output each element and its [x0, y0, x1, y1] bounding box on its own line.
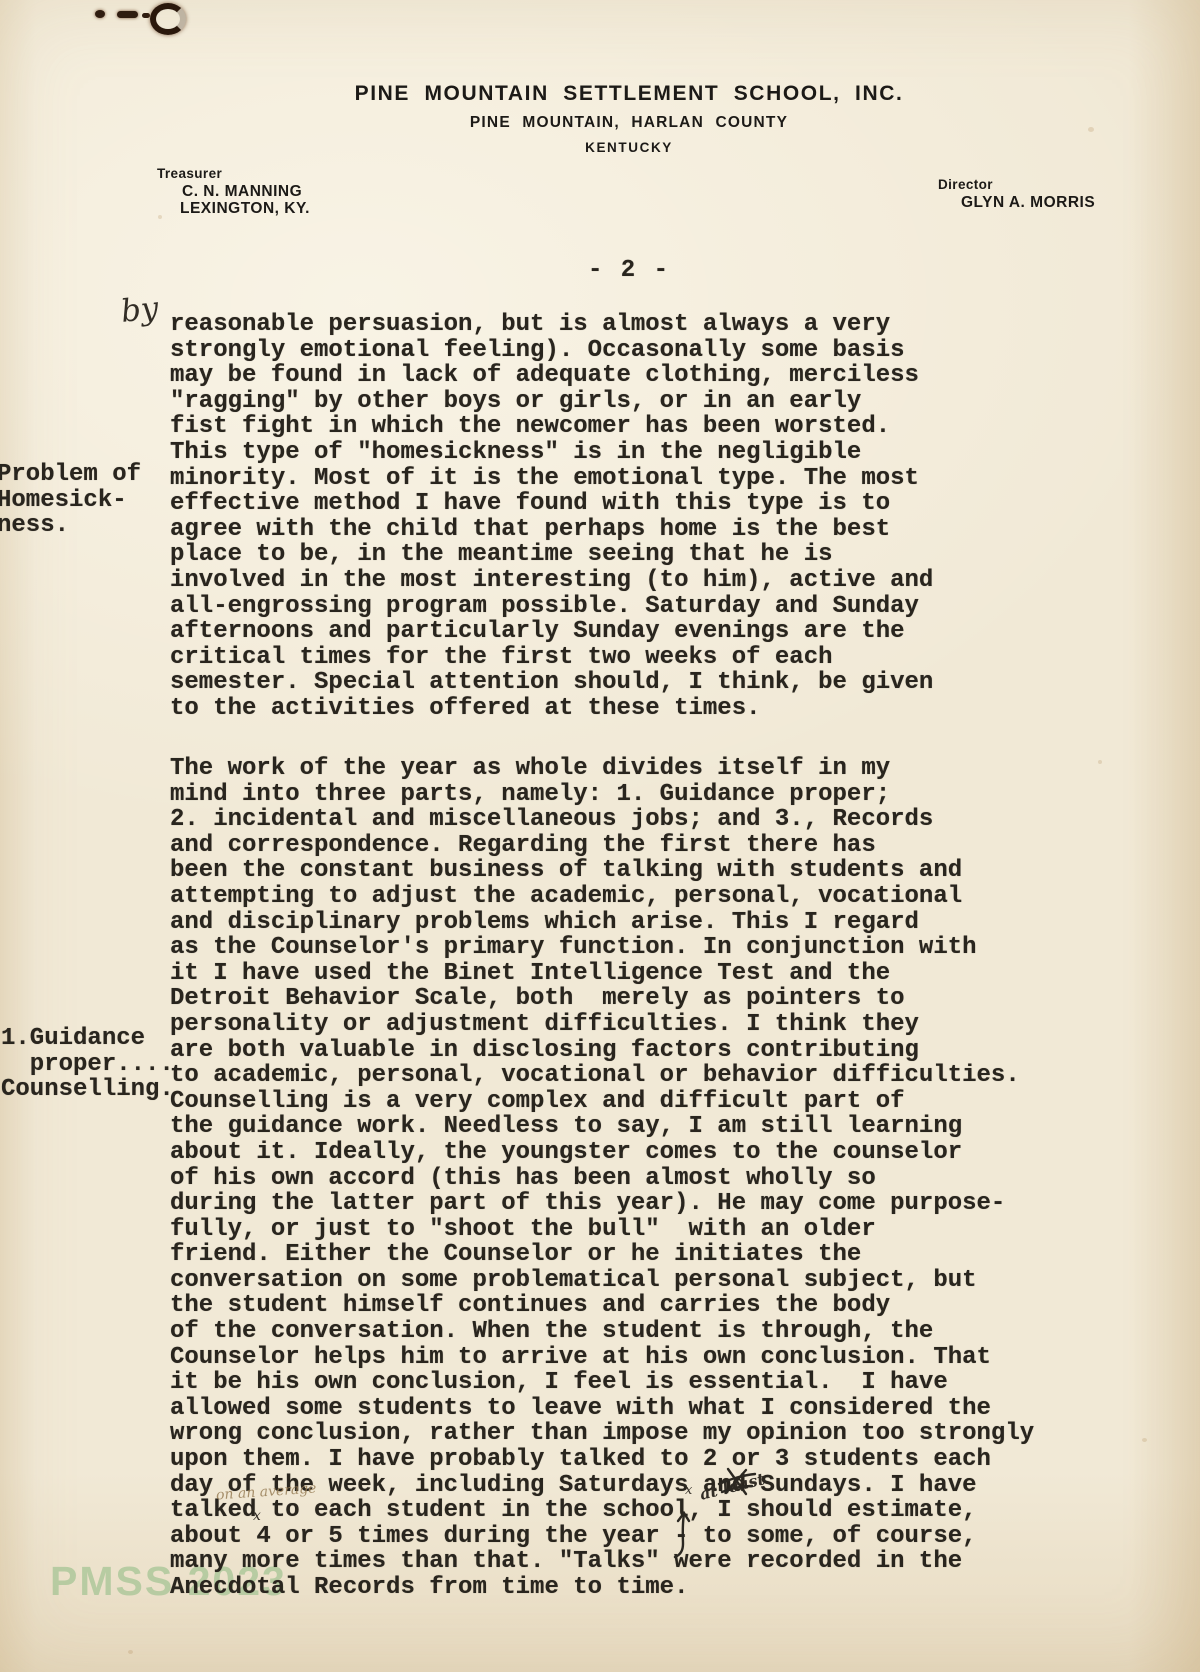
text-line: to academic, personal, vocational or beh… [170, 1063, 1090, 1089]
text-line: effective method I have found with this … [170, 491, 1090, 517]
text-line: talked to each student in the school, I … [170, 1498, 1090, 1524]
margin-note-homesickness: Problem ofHomesick-ness. [0, 462, 141, 539]
treasurer-title: Treasurer [157, 166, 222, 181]
school-state: KENTUCKY [585, 140, 673, 155]
text-line: are both valuable in disclosing factors … [170, 1038, 1090, 1064]
paper-speck [1088, 127, 1094, 132]
text-line: place to be, in the meantime seeing that… [170, 542, 1090, 568]
text-line: ness. [0, 513, 141, 539]
text-line: allowed some students to leave with what… [170, 1396, 1090, 1422]
text-line: to the activities offered at these times… [170, 696, 1090, 722]
insertion-mark-icon [672, 1510, 694, 1560]
text-line: 2. incidental and miscellaneous jobs; an… [170, 807, 1090, 833]
text-line: The work of the year as whole divides it… [170, 756, 1090, 782]
text-line: Problem of [0, 462, 141, 488]
text-line: the guidance work. Needless to say, I am… [170, 1114, 1090, 1140]
paper-speck [1142, 1438, 1147, 1442]
text-line: Detroit Behavior Scale, both merely as p… [170, 986, 1090, 1012]
text-line: about it. Ideally, the youngster comes t… [170, 1140, 1090, 1166]
text-line: minority. Most of it is the emotional ty… [170, 466, 1090, 492]
comma-x-mark: x [685, 1483, 692, 1498]
ink-dash-stain [117, 11, 138, 18]
body-paragraph-1: reasonable persuasion, but is almost alw… [170, 312, 1090, 722]
fastener-ring-stain [150, 3, 186, 35]
text-line: of his own accord (this has been almost … [170, 1166, 1090, 1192]
text-line: wrong conclusion, rather than impose my … [170, 1421, 1090, 1447]
star-mark-icon [716, 1466, 758, 1498]
treasurer-city: LEXINGTON, KY. [180, 200, 310, 218]
director-title: Director [938, 177, 993, 192]
text-line: involved in the most interesting (to him… [170, 568, 1090, 594]
text-line: personality or adjustment difficulties. … [170, 1012, 1090, 1038]
text-line: it I have used the Binet Intelligence Te… [170, 961, 1090, 987]
text-line: agree with the child that perhaps home i… [170, 517, 1090, 543]
text-line: the student himself continues and carrie… [170, 1293, 1090, 1319]
body-paragraph-2: The work of the year as whole divides it… [170, 756, 1090, 1601]
text-line: Homesick- [0, 488, 141, 514]
paper-speck [128, 1650, 133, 1654]
text-line: friend. Either the Counselor or he initi… [170, 1242, 1090, 1268]
text-line: semester. Special attention should, I th… [170, 670, 1090, 696]
text-line: upon them. I have probably talked to 2 o… [170, 1447, 1090, 1473]
text-line: all-engrossing program possible. Saturda… [170, 594, 1090, 620]
text-line: Anecdotal Records from time to time. [170, 1575, 1090, 1601]
text-line: fully, or just to "shoot the bull" with … [170, 1217, 1090, 1243]
text-line: This type of "homesickness" is in the ne… [170, 440, 1090, 466]
text-line: about 4 or 5 times during the year - to … [170, 1524, 1090, 1550]
text-line: and disciplinary problems which arise. T… [170, 910, 1090, 936]
text-line: critical times for the first two weeks o… [170, 645, 1090, 671]
text-line: afternoons and particularly Sunday eveni… [170, 619, 1090, 645]
paper-speck [1098, 760, 1102, 764]
text-line: attempting to adjust the academic, perso… [170, 884, 1090, 910]
text-line: Counselling is a very complex and diffic… [170, 1089, 1090, 1115]
text-line: may be found in lack of adequate clothin… [170, 363, 1090, 389]
text-line: been the constant business of talking wi… [170, 858, 1090, 884]
text-line: during the latter part of this year). He… [170, 1191, 1090, 1217]
text-line: reasonable persuasion, but is almost alw… [170, 312, 1090, 338]
text-line: and correspondence. Regarding the first … [170, 833, 1090, 859]
text-line: it be his own conclusion, I feel is esse… [170, 1370, 1090, 1396]
text-line: Counselling. [1, 1077, 174, 1103]
text-line: mind into three parts, namely: 1. Guidan… [170, 782, 1090, 808]
director-name: GLYN A. MORRIS [961, 194, 1095, 212]
text-line: as the Counselor's primary function. In … [170, 935, 1090, 961]
paper-speck [158, 215, 162, 219]
text-line: 1.Guidance [1, 1026, 174, 1052]
page-number: - 2 - [588, 258, 670, 284]
text-line: fist fight in which the newcomer has bee… [170, 414, 1090, 440]
document-page: PMSS 2023 PINE MOUNTAIN SETTLEMENT SCHOO… [0, 0, 1200, 1672]
text-line: Counselor helps him to arrive at his own… [170, 1345, 1090, 1371]
text-line: conversation on some problematical perso… [170, 1268, 1090, 1294]
school-location: PINE MOUNTAIN, HARLAN COUNTY [470, 114, 788, 132]
x-mark: x [253, 1508, 261, 1524]
ink-small-stain [142, 13, 150, 18]
text-line: strongly emotional feeling). Occasonally… [170, 338, 1090, 364]
school-name: PINE MOUNTAIN SETTLEMENT SCHOOL, INC. [355, 82, 904, 106]
treasurer-name: C. N. MANNING [182, 183, 302, 201]
text-line: proper.... [1, 1052, 174, 1078]
handwritten-by-note: by [119, 290, 160, 330]
text-line: "ragging" by other boys or girls, or in … [170, 389, 1090, 415]
ink-dot-stain [95, 10, 105, 18]
text-line: of the conversation. When the student is… [170, 1319, 1090, 1345]
margin-note-guidance: 1.Guidance proper....Counselling. [1, 1026, 174, 1103]
text-line: many more times than that. "Talks" were … [170, 1549, 1090, 1575]
